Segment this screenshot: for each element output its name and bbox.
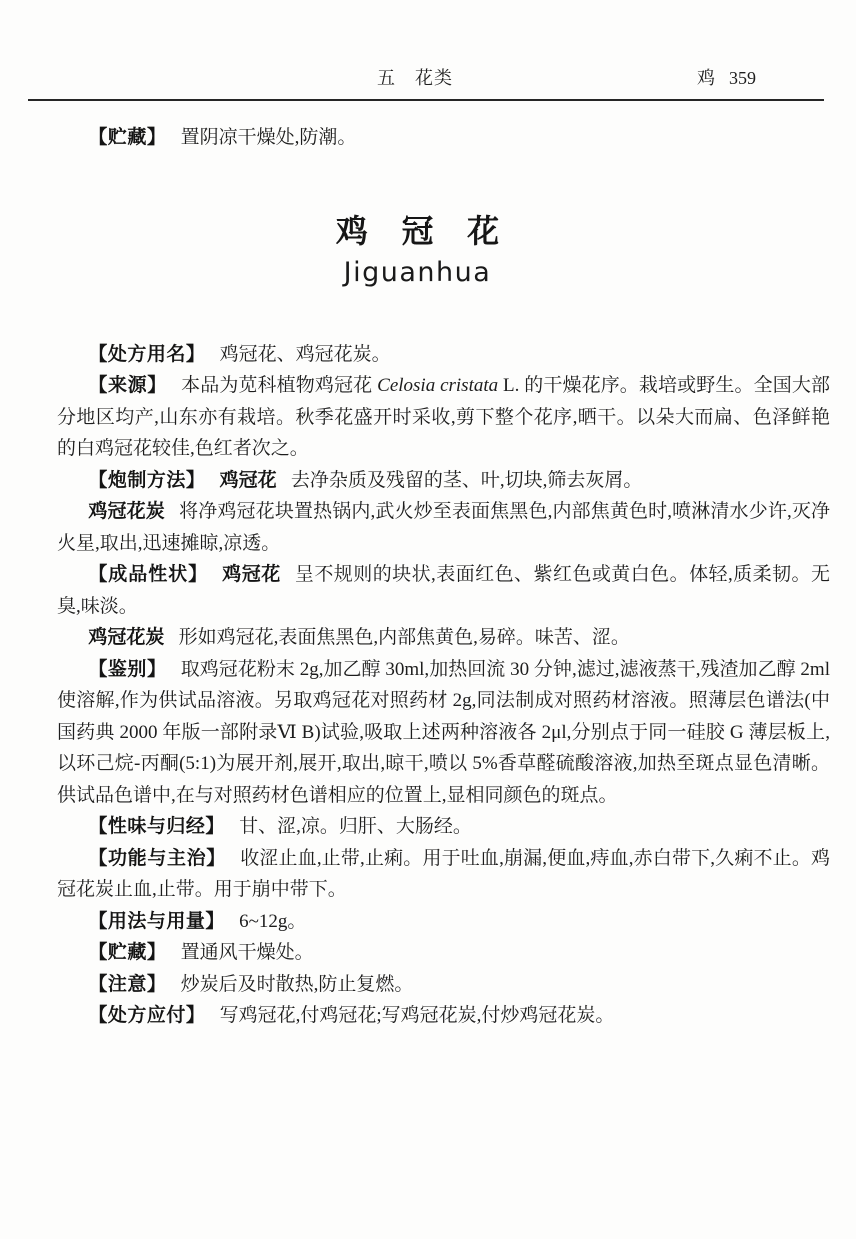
text-segment: 鸡冠花、鸡冠花炭。 [220, 344, 391, 365]
paragraph-product-properties: 【成品性状】鸡冠花呈不规则的块状,表面红色、紫红色或黄白色。体轻,质柔韧。无臭,… [57, 559, 830, 622]
text-segment: 写鸡冠花,付鸡冠花;写鸡冠花炭,付炒鸡冠花炭。 [220, 1005, 615, 1026]
sub-label: 鸡冠花 [222, 563, 280, 585]
paragraph-functions-indications: 【功能与主治】收涩止血,止带,止痢。用于吐血,崩漏,便血,痔血,赤白带下,久痢不… [57, 843, 830, 906]
section-label: 【来源】 [88, 374, 166, 396]
paragraph-prescription-names: 【处方用名】鸡冠花、鸡冠花炭。 [57, 339, 830, 371]
previous-entry-carryover: 【贮藏】置阴凉干燥处,防潮。 [57, 122, 830, 154]
section-label: 【用法与用量】 [88, 910, 225, 932]
text-segment: 取鸡冠花粉末 2g,加乙醇 30ml,加热回流 30 分钟,滤过,滤液蒸干,残渣… [57, 659, 830, 806]
section-label: 【成品性状】 [88, 563, 208, 585]
sub-label: 鸡冠花炭 [88, 626, 164, 648]
header-rule [28, 99, 824, 101]
text-segment: Celosia cristata [377, 375, 498, 396]
entry-word: 鸡 [697, 68, 715, 88]
paragraph-source: 【来源】本品为苋科植物鸡冠花 Celosia cristata L. 的干燥花序… [57, 370, 830, 465]
page-header: 五 花类 鸡359 [28, 0, 826, 90]
section-label: 【处方应付】 [88, 1004, 205, 1026]
book-page: 五 花类 鸡359 【贮藏】置阴凉干燥处,防潮。 鸡冠花 Jiguanhua 【… [0, 0, 856, 1239]
paragraph-storage: 【贮藏】置通风干燥处。 [57, 937, 830, 969]
paragraph-processing-method: 【炮制方法】鸡冠花去净杂质及残留的茎、叶,切块,筛去灰屑。 [57, 465, 830, 497]
monograph-pinyin: Jiguanhua [31, 256, 804, 289]
header-entry-ref: 鸡359 [697, 66, 756, 90]
text-segment: 去净杂质及残留的茎、叶,切块,筛去灰屑。 [291, 470, 643, 491]
section-label: 【鉴别】 [88, 658, 166, 680]
text-segment: 置阴凉干燥处,防潮。 [181, 127, 357, 148]
text-segment: 6~12g。 [239, 911, 306, 932]
section-label: 【处方用名】 [88, 343, 205, 365]
section-label: 【炮制方法】 [88, 469, 205, 491]
section-label: 【性味与归经】 [88, 815, 225, 837]
paragraph-identification: 【鉴别】取鸡冠花粉末 2g,加乙醇 30ml,加热回流 30 分钟,滤过,滤液蒸… [57, 654, 830, 812]
monograph-title: 鸡冠花 [31, 211, 804, 251]
paragraph-caution: 【注意】炒炭后及时散热,防止复燃。 [57, 969, 830, 1001]
text-segment: 本品为苋科植物鸡冠花 [181, 375, 377, 396]
monograph-body: 【处方用名】鸡冠花、鸡冠花炭。【来源】本品为苋科植物鸡冠花 Celosia cr… [57, 339, 830, 1032]
paragraph-dosage: 【用法与用量】6~12g。 [57, 906, 830, 938]
sub-label: 鸡冠花炭 [88, 500, 165, 522]
section-label: 【贮藏】 [88, 941, 166, 963]
section-label: 【功能与主治】 [88, 847, 226, 869]
text-segment: 将净鸡冠花块置热锅内,武火炒至表面焦黑色,内部焦黄色时,喷淋清水少许,灭净火星,… [57, 501, 830, 554]
section-label: 【贮藏】 [88, 126, 166, 148]
page-number: 359 [729, 66, 756, 90]
paragraph-taste-meridian: 【性味与归经】甘、涩,凉。归肝、大肠经。 [57, 811, 830, 843]
section-label: 【注意】 [88, 973, 166, 995]
text-segment: 炒炭后及时散热,防止复燃。 [181, 974, 414, 995]
sub-label: 鸡冠花 [220, 469, 277, 491]
paragraph-processing-charcoal: 鸡冠花炭将净鸡冠花块置热锅内,武火炒至表面焦黑色,内部焦黄色时,喷淋清水少许,灭… [57, 496, 830, 559]
paragraph-product-properties-charcoal: 鸡冠花炭形如鸡冠花,表面焦黑色,内部焦黄色,易碎。味苦、涩。 [57, 622, 830, 654]
text-segment: 置通风干燥处。 [181, 942, 314, 963]
section-title: 五 花类 [377, 66, 453, 90]
text-segment: 甘、涩,凉。归肝、大肠经。 [239, 816, 472, 837]
paragraph-dispensing: 【处方应付】写鸡冠花,付鸡冠花;写鸡冠花炭,付炒鸡冠花炭。 [57, 1000, 830, 1032]
text-segment: 形如鸡冠花,表面焦黑色,内部焦黄色,易碎。味苦、涩。 [179, 627, 630, 648]
paragraph-previous-storage: 【贮藏】置阴凉干燥处,防潮。 [57, 122, 830, 154]
